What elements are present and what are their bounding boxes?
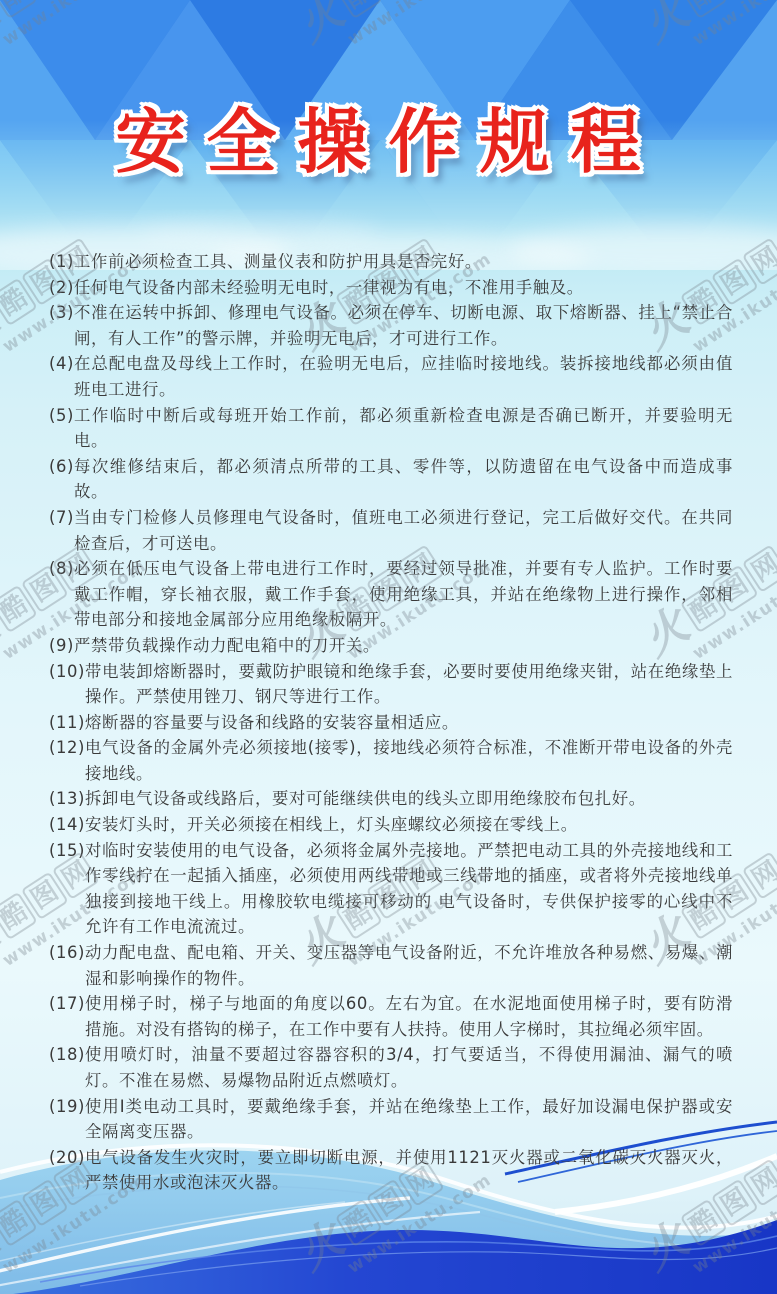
rule-item: (19)使用Ⅰ类电动工具时，要戴绝缘手套，并站在绝缘垫上工作，最好加设漏电保护器…: [49, 1094, 733, 1145]
rule-number: (13): [49, 786, 85, 812]
rule-number: (16): [49, 940, 85, 966]
rule-text: 不准在运转中拆卸、修理电气设备。必须在停车、切断电源、取下熔断器、挂上“禁止合闸…: [74, 300, 733, 351]
rule-item: (6)每次维修结束后，都必须清点所带的工具、零件等，以防遗留在电气设备中而造成事…: [49, 454, 733, 505]
rule-text: 必须在低压电气设备上带电进行工作时，要经过领导批准，并要有专人监护。工作时要戴工…: [74, 556, 733, 633]
rule-item: (16)动力配电盘、配电箱、开关、变压器等电气设备附近，不允许堆放各种易燃、易爆…: [49, 940, 733, 991]
rule-item: (10)带电装卸熔断器时，要戴防护眼镜和绝缘手套，必要时要使用绝缘夹钳，站在绝缘…: [49, 659, 733, 710]
rule-item: (2)任何电气设备内部未经验明无电时，一律视为有电，不准用手触及。: [49, 275, 733, 301]
rule-text: 工作前必须检查工具、测量仪表和防护用具是否完好。: [74, 249, 733, 275]
rule-number: (4): [49, 351, 74, 377]
rule-item: (12)电气设备的金属外壳必须接地(接零)，接地线必须符合标准，不准断开带电设备…: [49, 735, 733, 786]
rule-item: (5)工作临时中断后或每班开始工作前，都必须重新检查电源是否确已断开，并要验明无…: [49, 403, 733, 454]
rule-number: (6): [49, 454, 74, 480]
rule-number: (17): [49, 991, 85, 1017]
rule-number: (9): [49, 633, 74, 659]
rule-text: 严禁带负载操作动力配电箱中的刀开关。: [74, 633, 733, 659]
rule-text: 在总配电盘及母线上工作时，在验明无电后，应挂临时接地线。装拆接地线都必须由值班电…: [74, 351, 733, 402]
watermark-brand-char: 酷: [0, 278, 38, 327]
rule-item: (3)不准在运转中拆卸、修理电气设备。必须在停车、切断电源、取下熔断器、挂上“禁…: [49, 300, 733, 351]
rule-item: (9)严禁带负载操作动力配电箱中的刀开关。: [49, 633, 733, 659]
rule-text: 任何电气设备内部未经验明无电时，一律视为有电，不准用手触及。: [74, 275, 733, 301]
rule-text: 对临时安装使用的电气设备，必须将金属外壳接地。严禁把电动工具的外壳接地线和工作零…: [85, 838, 733, 940]
watermark-brand-char: 网: [742, 544, 777, 593]
rule-item: (4)在总配电盘及母线上工作时，在验明无电后，应挂临时接地线。装拆接地线都必须由…: [49, 351, 733, 402]
rule-text: 拆卸电气设备或线路后，要对可能继续供电的线头立即用绝缘胶布包扎好。: [85, 786, 733, 812]
rule-number: (3): [49, 300, 74, 326]
rule-item: (13)拆卸电气设备或线路后，要对可能继续供电的线头立即用绝缘胶布包扎好。: [49, 786, 733, 812]
rule-number: (5): [49, 403, 74, 429]
rule-item: (20)电气设备发生火灾时，要立即切断电源，并使用1121灭火器或二氧化碳灭火器…: [49, 1145, 733, 1196]
rule-text: 工作临时中断后或每班开始工作前，都必须重新检查电源是否确已断开，并要验明无电。: [74, 403, 733, 454]
rule-number: (2): [49, 275, 74, 301]
rule-text: 使用梯子时，梯子与地面的角度以60。左右为宜。在水泥地面使用梯子时，要有防滑措施…: [85, 991, 733, 1042]
watermark-brand-char: 网: [742, 851, 777, 900]
rule-number: (14): [49, 812, 85, 838]
rules-list: (1)工作前必须检查工具、测量仪表和防护用具是否完好。 (2)任何电气设备内部未…: [49, 249, 733, 1196]
watermark-brand-char: 酷: [0, 585, 38, 634]
rule-number: (20): [49, 1145, 85, 1171]
rule-number: (12): [49, 735, 85, 761]
rule-text: 每次维修结束后，都必须清点所带的工具、零件等，以防遗留在电气设备中而造成事故。: [74, 454, 733, 505]
rule-text: 带电装卸熔断器时，要戴防护眼镜和绝缘手套，必要时要使用绝缘夹钳，站在绝缘垫上操作…: [85, 659, 733, 710]
rule-text: 电气设备的金属外壳必须接地(接零)，接地线必须符合标准，不准断开带电设备的外壳接…: [85, 735, 733, 786]
rule-text: 熔断器的容量要与设备和线路的安装容量相适应。: [85, 710, 733, 736]
watermark-logo-icon: 火: [0, 603, 6, 664]
poster-title: 安全操作规程: [0, 86, 777, 187]
watermark-logo-icon: 火: [0, 296, 6, 357]
rule-item: (1)工作前必须检查工具、测量仪表和防护用具是否完好。: [49, 249, 733, 275]
rule-item: (8)必须在低压电气设备上带电进行工作时，要经过领导批准，并要有专人监护。工作时…: [49, 556, 733, 633]
rule-item: (17)使用梯子时，梯子与地面的角度以60。左右为宜。在水泥地面使用梯子时，要有…: [49, 991, 733, 1042]
rule-item: (18)使用喷灯时，油量不要超过容器容积的3/4，打气要适当，不得使用漏油、漏气…: [49, 1042, 733, 1093]
rule-item: (15)对临时安装使用的电气设备，必须将金属外壳接地。严禁把电动工具的外壳接地线…: [49, 838, 733, 940]
rule-item: (14)安装灯头时，开关必须接在相线上，灯头座螺纹必须接在零线上。: [49, 812, 733, 838]
rule-number: (19): [49, 1094, 85, 1120]
watermark-logo-icon: 火: [0, 910, 6, 971]
rule-text: 电气设备发生火灾时，要立即切断电源，并使用1121灭火器或二氧化碳灭火器灭火，严…: [85, 1145, 733, 1196]
watermark-brand-char: 酷: [0, 892, 38, 941]
rule-item: (11)熔断器的容量要与设备和线路的安装容量相适应。: [49, 710, 733, 736]
rule-text: 使用Ⅰ类电动工具时，要戴绝缘手套，并站在绝缘垫上工作，最好加设漏电保护器或安全隔…: [85, 1094, 733, 1145]
rule-number: (18): [49, 1042, 85, 1068]
rule-number: (10): [49, 659, 85, 685]
rule-number: (1): [49, 249, 74, 275]
rule-text: 当由专门检修人员修理电气设备时，值班电工必须进行登记，完工后做好交代。在共同检查…: [74, 505, 733, 556]
rule-item: (7)当由专门检修人员修理电气设备时，值班电工必须进行登记，完工后做好交代。在共…: [49, 505, 733, 556]
rule-text: 使用喷灯时，油量不要超过容器容积的3/4，打气要适当，不得使用漏油、漏气的喷灯。…: [85, 1042, 733, 1093]
safety-poster: 安全操作规程 (1)工作前必须检查工具、测量仪表和防护用具是否完好。 (2)任何…: [0, 0, 777, 1294]
rule-number: (8): [49, 556, 74, 582]
rule-number: (15): [49, 838, 85, 864]
rule-number: (11): [49, 710, 85, 736]
rule-text: 动力配电盘、配电箱、开关、变压器等电气设备附近，不允许堆放各种易燃、易爆、潮湿和…: [85, 940, 733, 991]
rule-text: 安装灯头时，开关必须接在相线上，灯头座螺纹必须接在零线上。: [85, 812, 733, 838]
rule-number: (7): [49, 505, 74, 531]
